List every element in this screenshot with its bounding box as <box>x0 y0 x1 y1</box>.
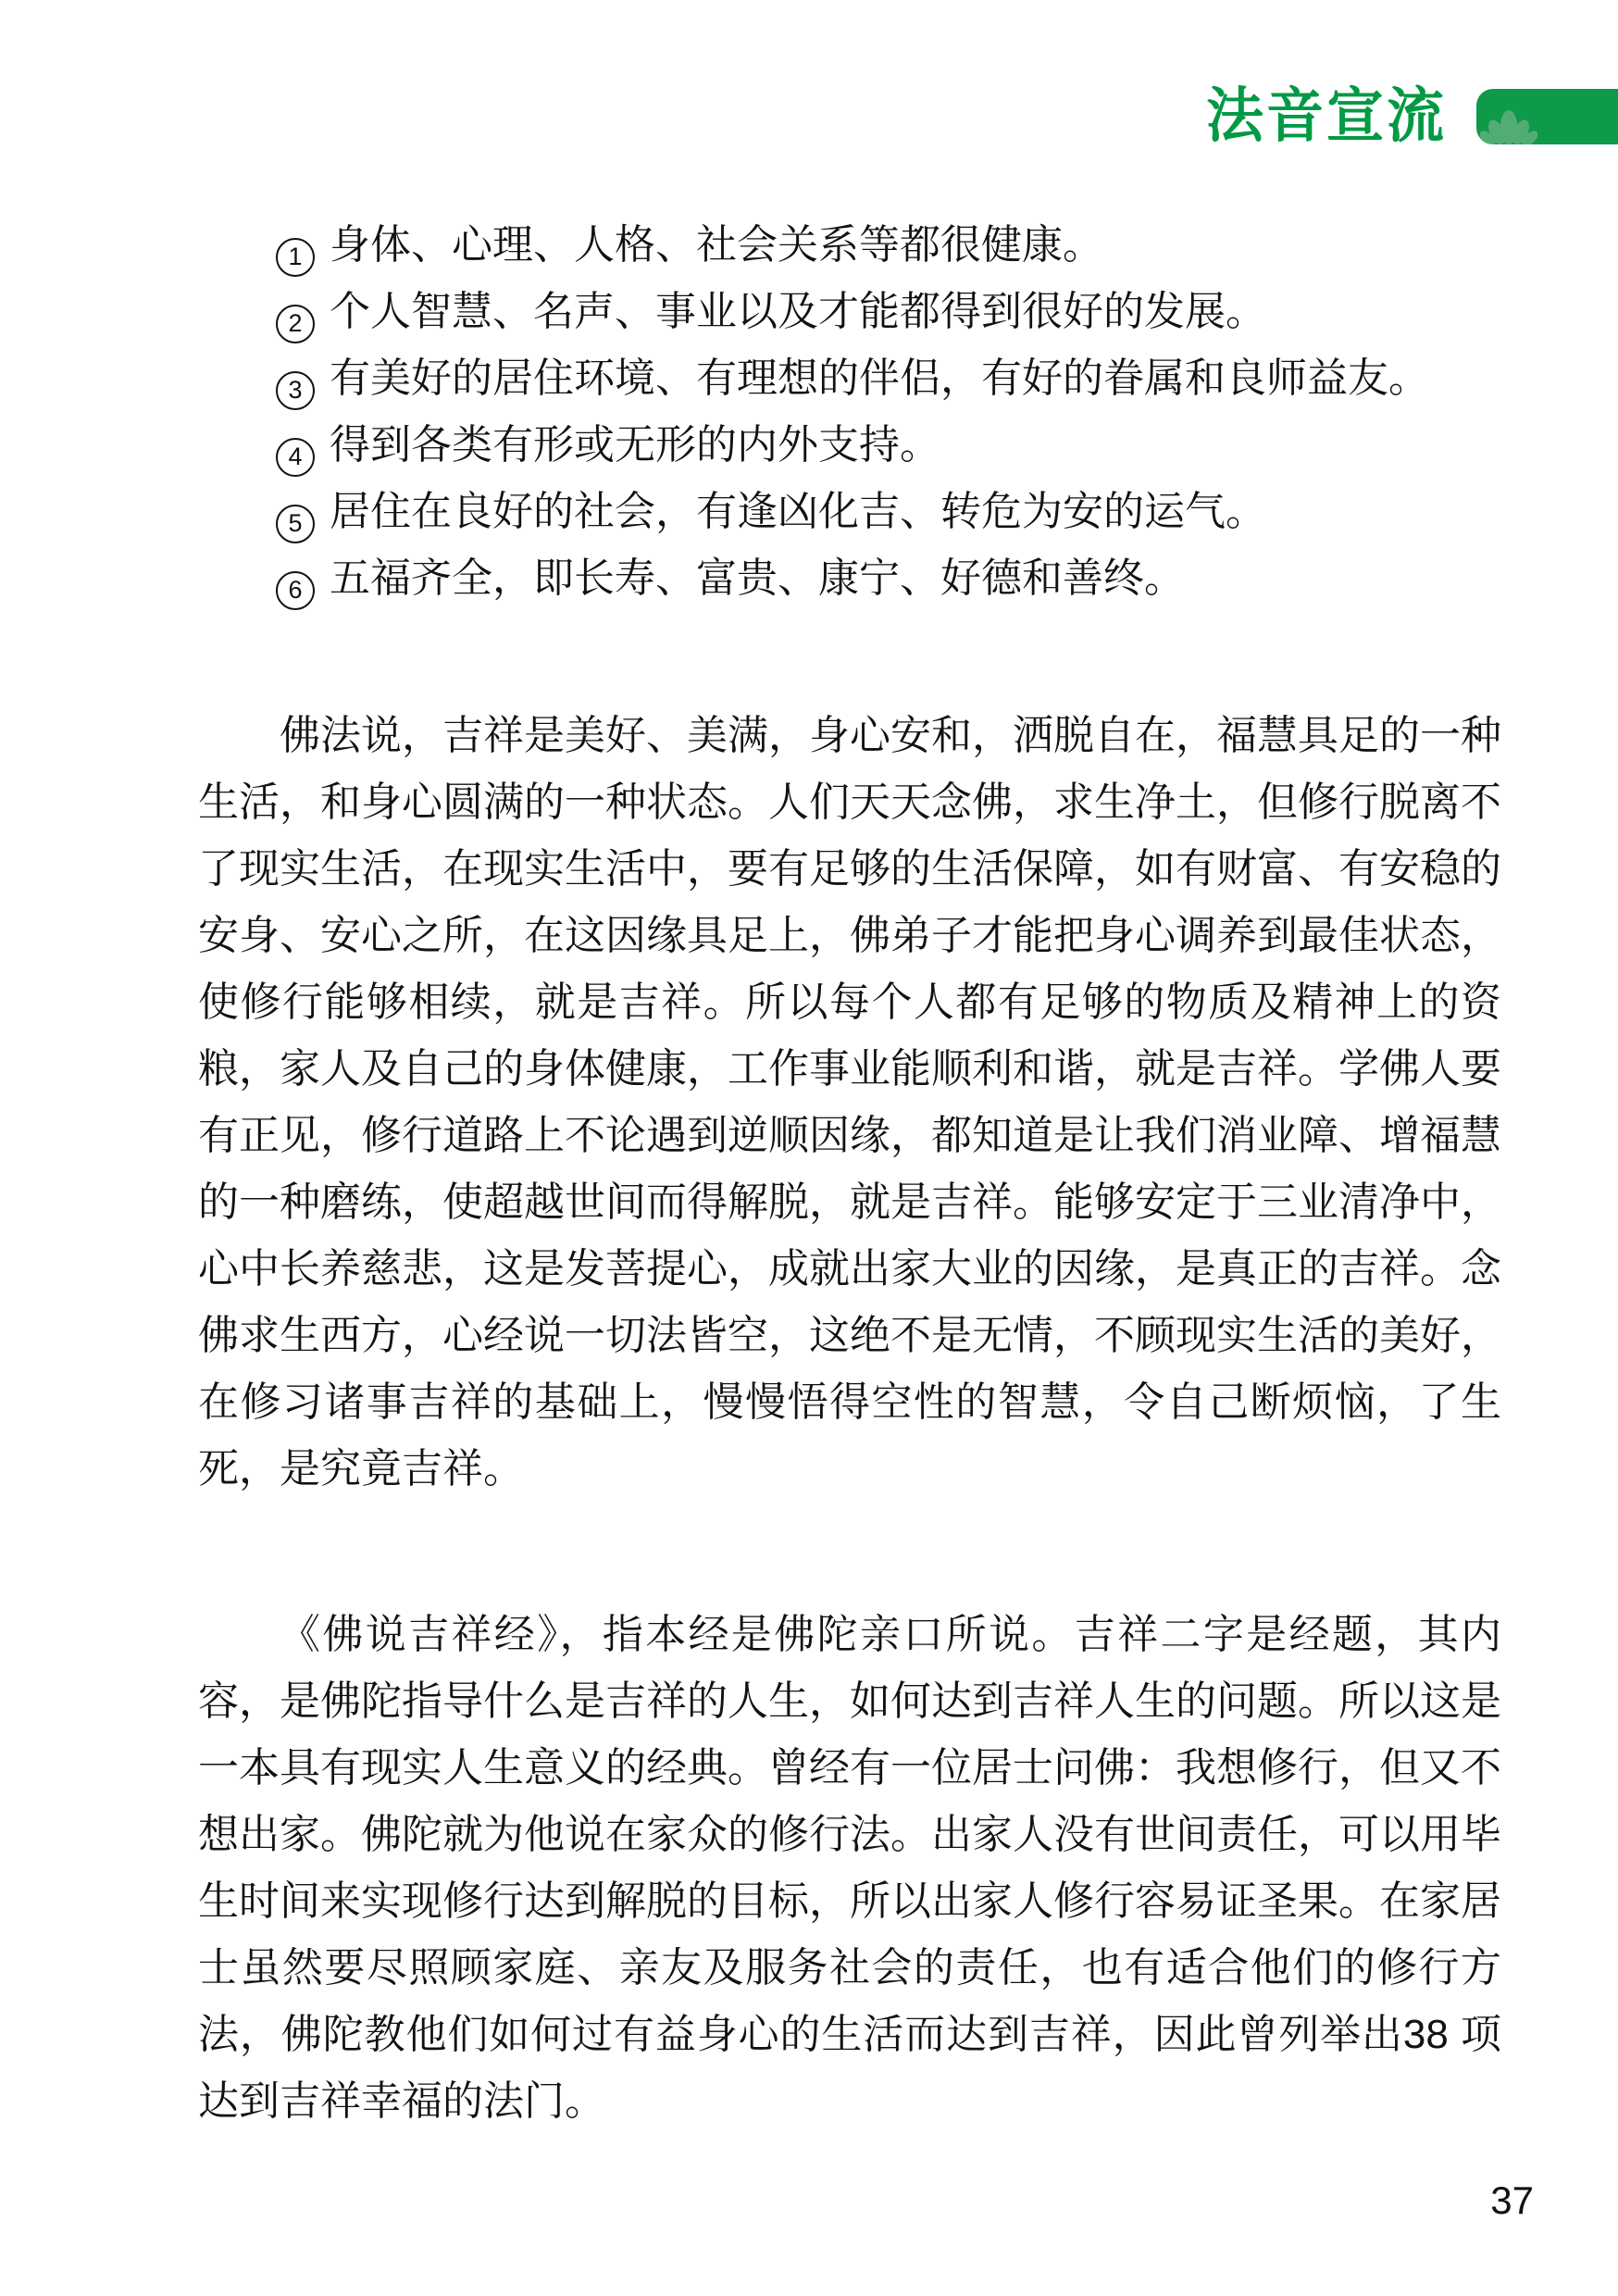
list-item-text: 身体、心理、人格、社会关系等都很健康。 <box>330 222 1103 268</box>
paragraph: 《佛说吉祥经》，指本经是佛陀亲口所说。吉祥二字是经题，其内容，是佛陀指导什么是吉… <box>198 1602 1501 2135</box>
list-item-marker: 4 <box>276 438 315 477</box>
list-item-marker: 5 <box>276 505 315 543</box>
list-item-marker: 6 <box>276 571 315 610</box>
page: { "page": { "number": "37", "background_… <box>0 0 1618 2296</box>
lotus-icon <box>1480 100 1537 144</box>
brand-title: 法音宣流 <box>1206 87 1447 146</box>
page-number: 37 <box>1490 2181 1534 2220</box>
list-item: 4得到各类有形或无形的内外支持。 <box>198 412 1501 479</box>
brand-badge <box>1476 89 1618 144</box>
list-item: 1身体、心理、人格、社会关系等都很健康。 <box>198 212 1501 279</box>
annotation-list: 1身体、心理、人格、社会关系等都很健康。 2个人智慧、名声、事业以及才能都得到很… <box>198 212 1501 612</box>
list-item: 2个人智慧、名声、事业以及才能都得到很好的发展。 <box>198 279 1501 345</box>
main-content: 1身体、心理、人格、社会关系等都很健康。 2个人智慧、名声、事业以及才能都得到很… <box>198 212 1501 2135</box>
list-item-marker: 2 <box>276 305 315 343</box>
header: 法音宣流 <box>1206 88 1618 145</box>
list-item-text: 有美好的居住环境、有理想的伴侣，有好的眷属和良师益友。 <box>330 356 1429 401</box>
list-item-text: 居住在良好的社会，有逢凶化吉、转危为安的运气。 <box>330 489 1266 534</box>
list-item-marker: 3 <box>276 371 315 410</box>
paragraph: 佛法说，吉祥是美好、美满，身心安和，洒脱自在，福慧具足的一种生活，和身心圆满的一… <box>198 703 1501 1503</box>
list-item-text: 得到各类有形或无形的内外支持。 <box>330 422 940 468</box>
list-item-text: 个人智慧、名声、事业以及才能都得到很好的发展。 <box>330 289 1266 334</box>
list-item-marker: 1 <box>276 238 315 277</box>
list-item: 6五福齐全，即长寿、富贵、康宁、好德和善终。 <box>198 545 1501 612</box>
list-item: 3有美好的居住环境、有理想的伴侣，有好的眷属和良师益友。 <box>198 345 1501 412</box>
list-item: 5居住在良好的社会，有逢凶化吉、转危为安的运气。 <box>198 479 1501 545</box>
list-item-text: 五福齐全，即长寿、富贵、康宁、好德和善终。 <box>330 555 1185 601</box>
